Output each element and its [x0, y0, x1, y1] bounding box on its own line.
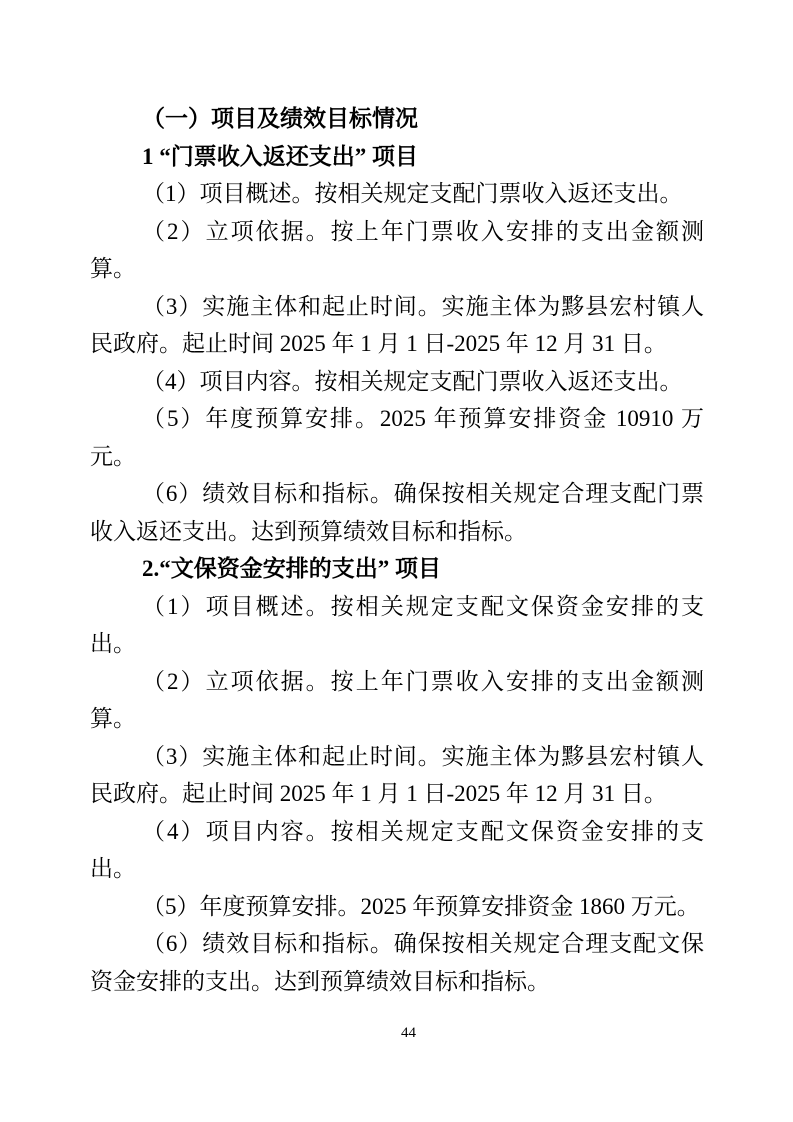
page-number: 44 [12, 1024, 793, 1042]
paragraph: （6）绩效目标和指标。确保按相关规定合理支配门票收入返还支出。达到预算绩效目标和… [90, 475, 704, 550]
paragraph: （6）绩效目标和指标。确保按相关规定合理支配文保资金安排的支出。达到预算绩效目标… [90, 925, 704, 1000]
paragraph: （3）实施主体和起止时间。实施主体为黟县宏村镇人民政府。起止时间 2025 年 … [90, 738, 704, 813]
project-1-heading: 1 “门票收入返还支出” 项目 [90, 138, 704, 176]
paragraph: （2）立项依据。按上年门票收入安排的支出金额测算。 [90, 663, 704, 738]
section-heading: （一）项目及绩效目标情况 [90, 100, 704, 138]
paragraph: （4）项目内容。按相关规定支配文保资金安排的支出。 [90, 813, 704, 888]
paragraph: （1）项目概述。按相关规定支配文保资金安排的支出。 [90, 588, 704, 663]
paragraph: （5）年度预算安排。2025 年预算安排资金 10910 万元。 [90, 400, 704, 475]
project-2-heading: 2.“文保资金安排的支出” 项目 [90, 550, 704, 588]
document-page: （一）项目及绩效目标情况 1 “门票收入返还支出” 项目 （1）项目概述。按相关… [0, 0, 793, 1122]
paragraph: （5）年度预算安排。2025 年预算安排资金 1860 万元。 [90, 888, 704, 926]
paragraph: （1）项目概述。按相关规定支配门票收入返还支出。 [90, 175, 704, 213]
page-content: （一）项目及绩效目标情况 1 “门票收入返还支出” 项目 （1）项目概述。按相关… [90, 100, 704, 1000]
paragraph: （3）实施主体和起止时间。实施主体为黟县宏村镇人民政府。起止时间 2025 年 … [90, 288, 704, 363]
paragraph: （4）项目内容。按相关规定支配门票收入返还支出。 [90, 363, 704, 401]
paragraph: （2）立项依据。按上年门票收入安排的支出金额测算。 [90, 213, 704, 288]
